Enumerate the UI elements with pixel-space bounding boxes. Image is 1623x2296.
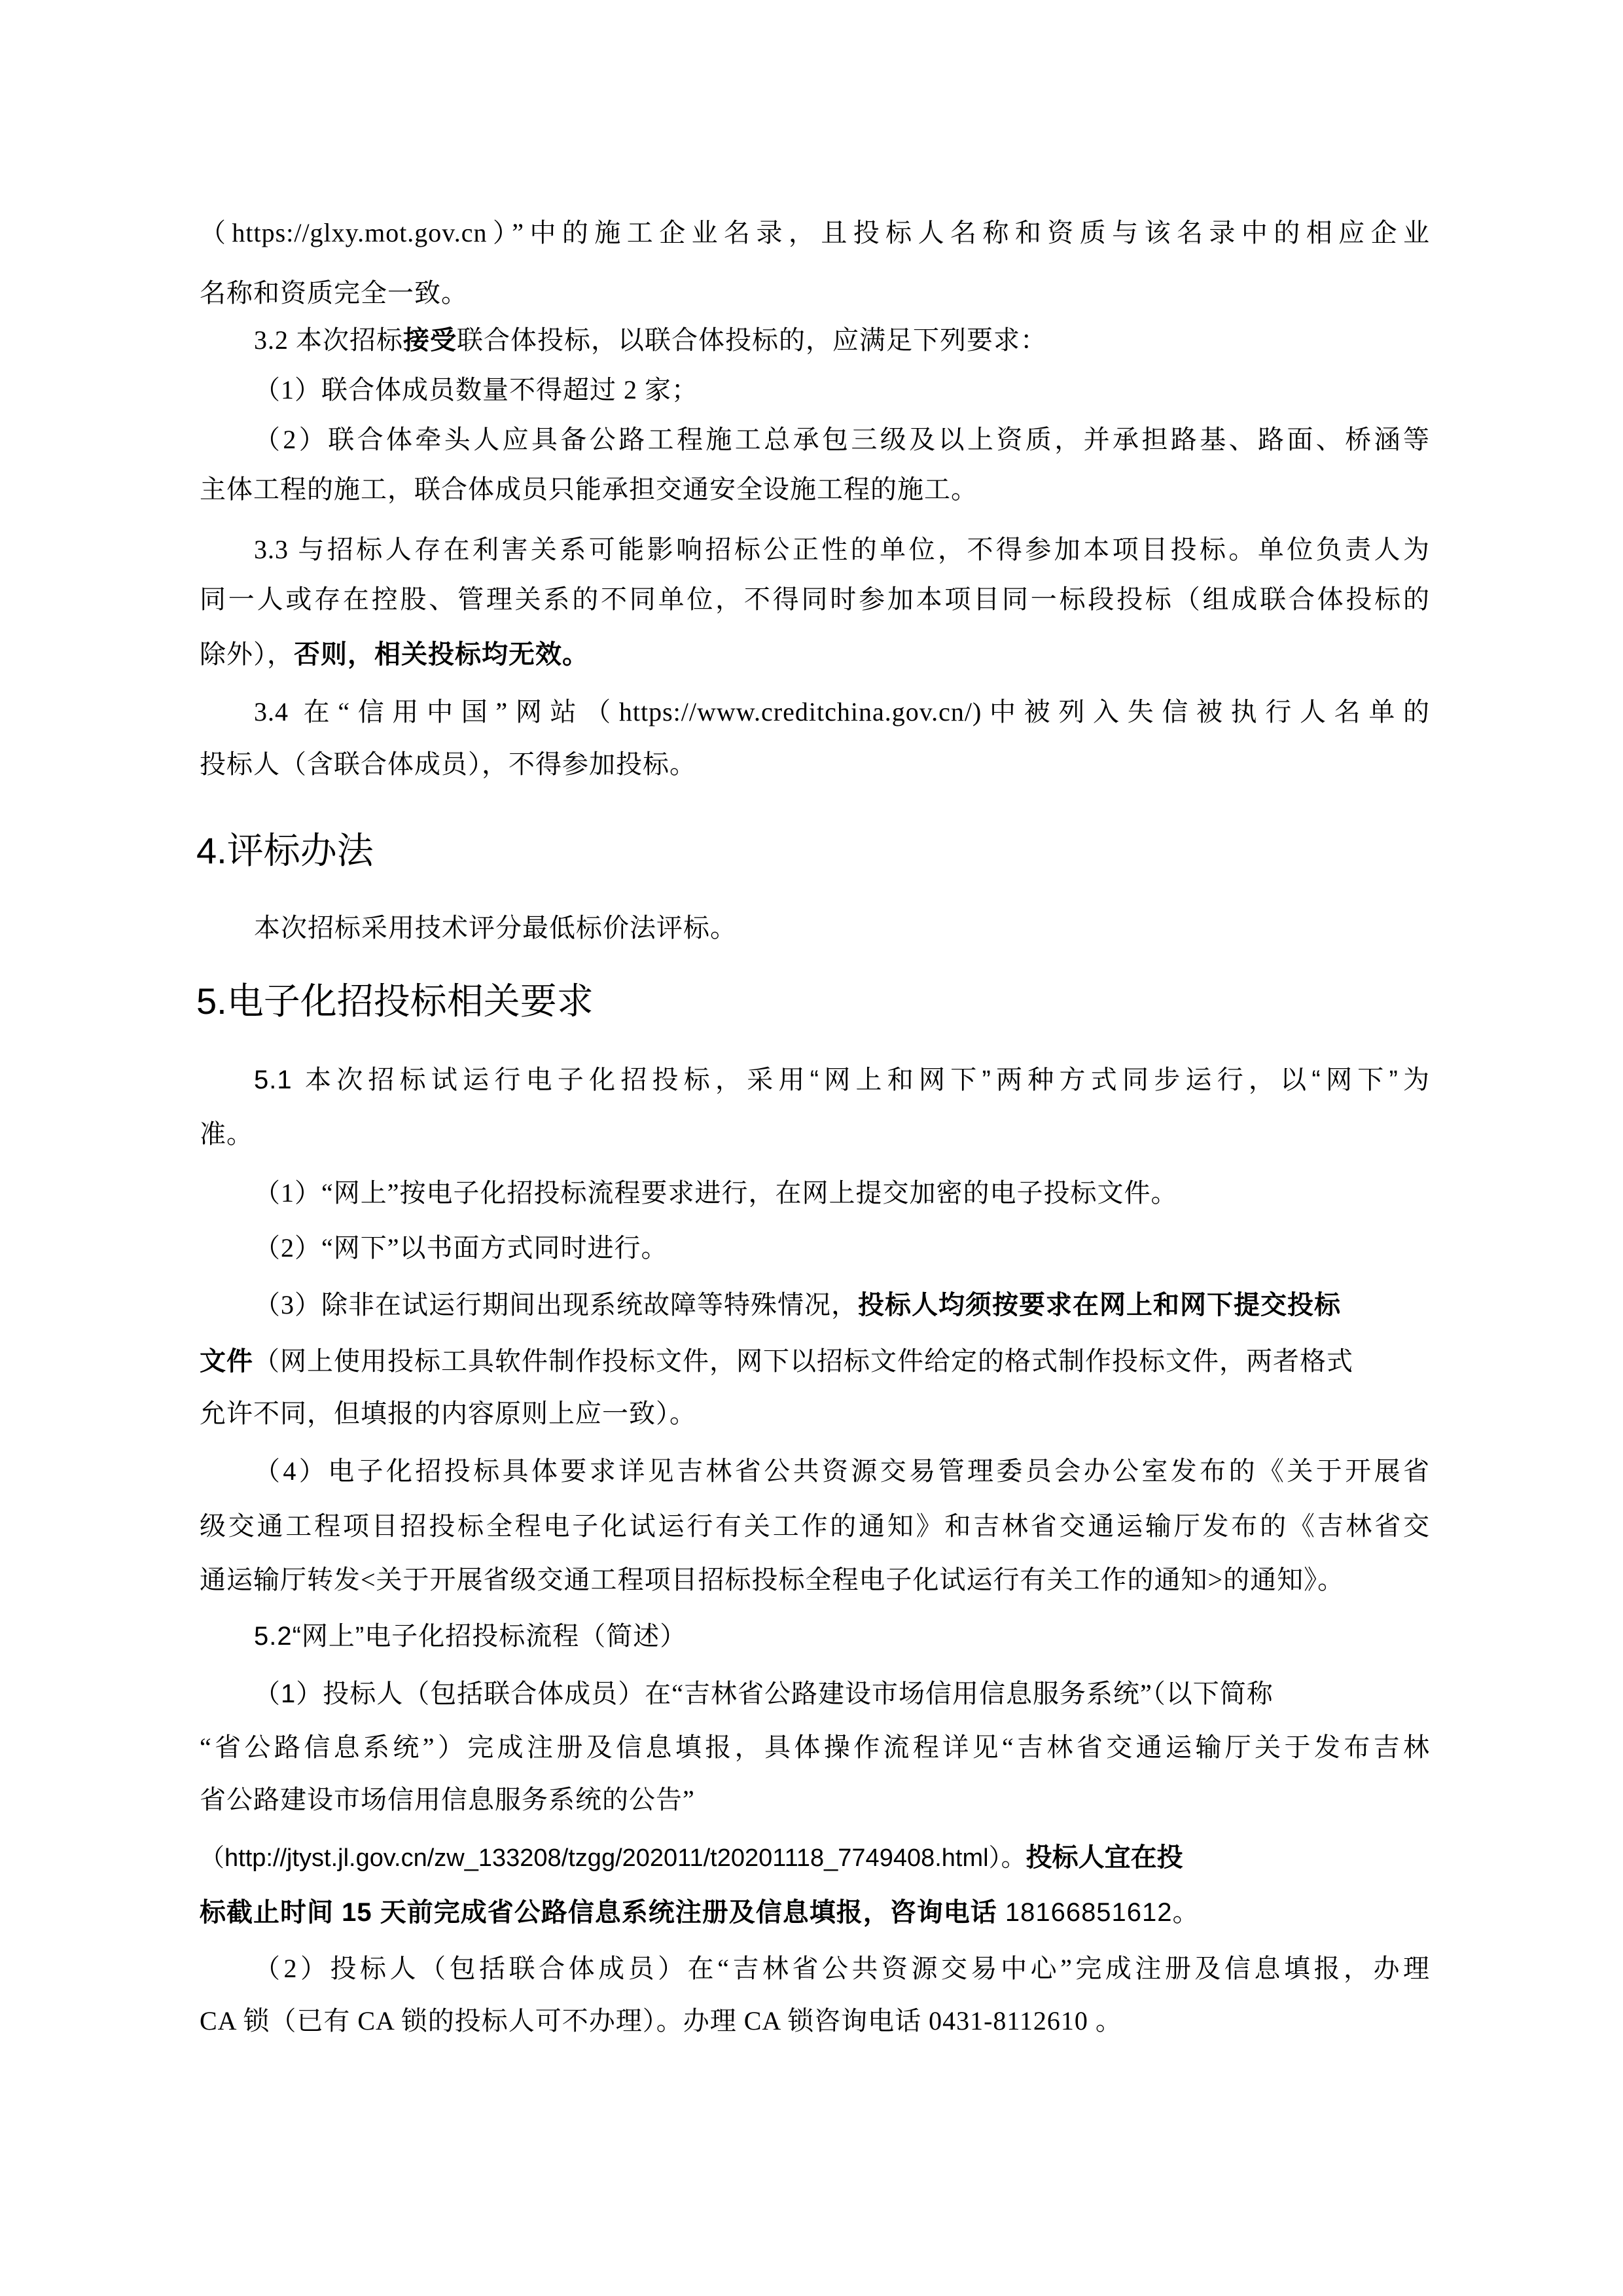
text: （3）除非在试运行期间出现系统故障等特殊情况， [254, 1290, 858, 1319]
emphasis-text: 投标人均须按要求在网上和网下提交投标 [858, 1291, 1341, 1319]
paragraph-line: “省公路信息系统”）完成注册及信息填报，具体操作流程详见“吉林省交通运输厅关于发… [200, 1729, 1430, 1766]
clause-5-2-2: （2）投标人（包括联合体成员）在“吉林省公共资源交易中心”完成注册及信息填报，办… [254, 1950, 1430, 1987]
emphasis-text: 接受 [403, 326, 457, 355]
clause-3-4: 3.4 在“信用中国”网站（https://www.creditchina.go… [254, 694, 1430, 730]
text: 18166851612。 [997, 1898, 1200, 1927]
section-heading-4: 4.评标办法 [196, 828, 374, 874]
text: （网上使用投标工具软件制作投标文件，网下以招标文件给定的格式制作投标文件，两者格… [253, 1346, 1353, 1376]
paragraph-line: 投标人（含联合体成员），不得参加投标。 [200, 746, 1430, 783]
text: 评标。 [656, 913, 737, 942]
paragraph-line: 省公路建设市场信用信息服务系统的公告” [200, 1782, 1430, 1818]
text: 联合体投标，以联合体投标的，应满足下列要求： [457, 325, 1047, 355]
clause-5-2-1: （1）投标人（包括联合体成员）在“吉林省公路建设市场信用信息服务系统”（以下简称 [254, 1676, 1484, 1712]
clause-5-1: 5.1 本次招标试运行电子化招投标，采用“网上和网下”两种方式同步运行，以“网下… [254, 1062, 1430, 1098]
emphasis-text: 否则，相关投标均无效。 [294, 640, 589, 669]
clause-3-2: 3.2 本次招标接受联合体投标，以联合体投标的，应满足下列要求： [254, 322, 1430, 359]
paragraph-line: 通运输厅转发<关于开展省级交通工程项目招标投标全程电子化试运行有关工作的通知>的… [200, 1562, 1430, 1598]
section-4-body: 本次招标采用技术评分最低标价法评标。 [254, 910, 1430, 946]
emphasis-text: （1）投标人（包括联合体成员） [254, 1679, 645, 1708]
emphasis-text: 文件 [200, 1347, 253, 1376]
paragraph-line: 标截止时间 15 天前完成省公路信息系统注册及信息填报，咨询电话 1816685… [200, 1894, 1430, 1931]
paragraph-line: 同一人或存在控股、管理关系的不同单位，不得同时参加本项目同一标段投标（组成联合体… [200, 581, 1430, 618]
paragraph-line: 除外），否则，相关投标均无效。 [200, 636, 1430, 673]
paragraph-line: 文件（网上使用投标工具软件制作投标文件，网下以招标文件给定的格式制作投标文件，两… [200, 1343, 1430, 1380]
paragraph-line: （http://jtyst.jl.gov.cn/zw_133208/tzgg/2… [200, 1839, 1430, 1876]
document-page: （https://glxy.mot.gov.cn）”中的施工企业名录，且投标人名… [0, 0, 1623, 2296]
clause-5-1-2: （2）“网下”以书面方式同时进行。 [254, 1230, 1484, 1266]
paragraph-line: 准。 [200, 1116, 1430, 1153]
clause-5-1-1: （1）“网上”按电子化招投标流程要求进行，在网上提交加密的电子投标文件。 [254, 1175, 1484, 1211]
paragraph-line: CA 锁（已有 CA 锁的投标人可不办理）。办理 CA 锁咨询电话 0431-8… [200, 2003, 1430, 2039]
clause-5-1-4: （4）电子化招投标具体要求详见吉林省公共资源交易管理委员会办公室发布的《关于开展… [254, 1453, 1430, 1490]
text: 除外）， [200, 639, 294, 669]
emphasis-text: 标截止时间 15 天前完成省公路信息系统注册及信息填报，咨询电话 [200, 1898, 997, 1927]
link-text[interactable]: （http://jtyst.jl.gov.cn/zw_133208/tzgg/2… [200, 1844, 1026, 1872]
paragraph-line: 主体工程的施工，联合体成员只能承担交通安全设施工程的施工。 [200, 471, 1430, 508]
clause-5-1-3: （3）除非在试运行期间出现系统故障等特殊情况，投标人均须按要求在网上和网下提交投… [254, 1287, 1484, 1323]
paragraph-line: 名称和资质完全一致。 [200, 275, 1430, 312]
paragraph-line: 允许不同，但填报的内容原则上应一致）。 [200, 1395, 1430, 1432]
emphasis-text: 技术评分最低标价法 [415, 914, 656, 942]
clause-3-3: 3.3 与招标人存在利害关系可能影响招标公正性的单位，不得参加本项目投标。单位负… [254, 531, 1430, 568]
clause-3-2-2: （2）联合体牵头人应具备公路工程施工总承包三级及以上资质，并承担路基、路面、桥涵… [254, 422, 1430, 458]
text: 3.2 本次招标 [254, 325, 403, 355]
paragraph-line: （https://glxy.mot.gov.cn）”中的施工企业名录，且投标人名… [200, 215, 1430, 251]
text: 在“吉林省公路建设市场信用信息服务系统”（以下简称 [645, 1679, 1274, 1708]
text: 本次招标采用 [254, 913, 415, 942]
clause-5-2-heading: 5.2“网上”电子化招投标流程（简述） [254, 1618, 1430, 1655]
section-heading-5: 5.电子化招投标相关要求 [196, 978, 594, 1024]
emphasis-text: 投标人宜在投 [1026, 1843, 1183, 1872]
clause-3-2-1: （1）联合体成员数量不得超过 2 家； [254, 372, 1484, 408]
paragraph-line: 级交通工程项目招投标全程电子化试运行有关工作的通知》和吉林省交通运输厅发布的《吉… [200, 1508, 1430, 1545]
